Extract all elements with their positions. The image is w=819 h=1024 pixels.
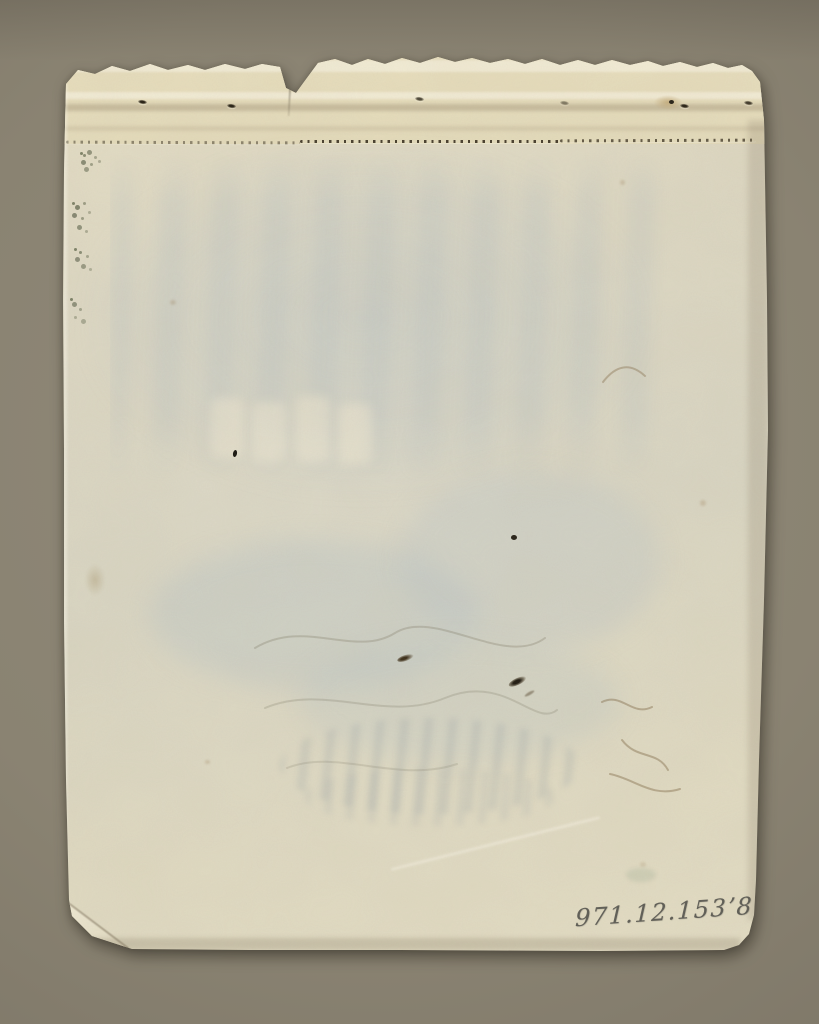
sheet-vignette xyxy=(0,0,819,1024)
photograph: { "inscription": { "text": "971.12.153ʼ8… xyxy=(0,0,819,1024)
artwork-sheet-wrap: 971.12.153ʼ8 xyxy=(0,0,819,1024)
artwork-sheet-verso: 971.12.153ʼ8 xyxy=(0,0,819,1024)
